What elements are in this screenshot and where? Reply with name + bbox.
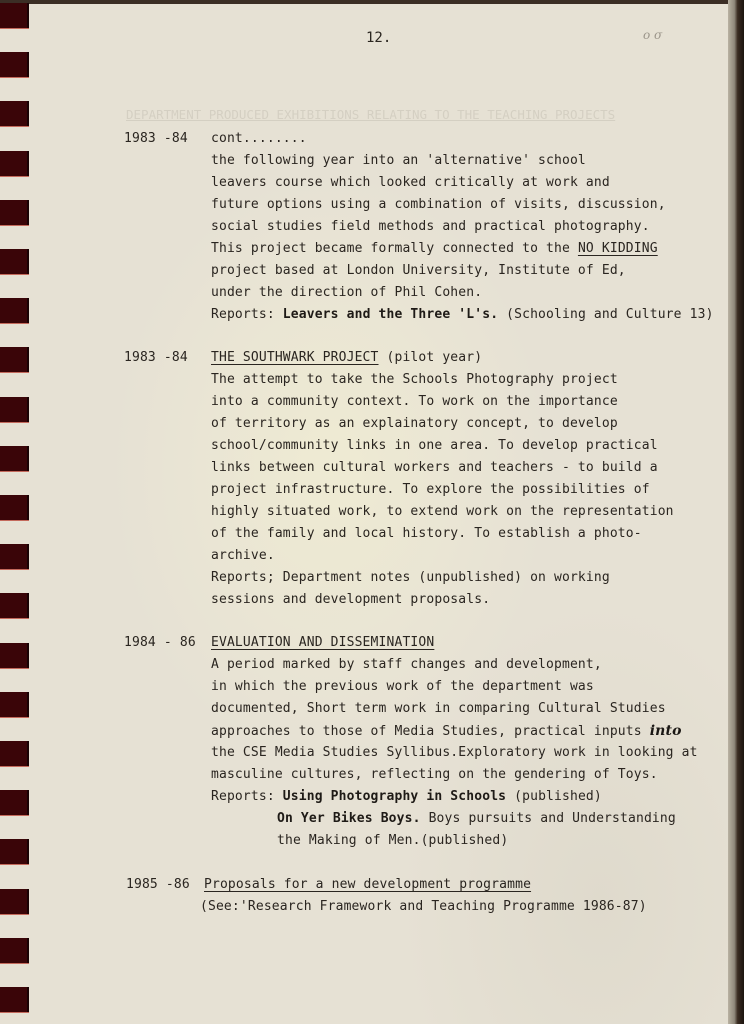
reports-label: Reports: [211,307,283,322]
entry-line: future options using a combination of vi… [211,194,666,216]
entry-heading: EVALUATION AND DISSEMINATION [211,632,434,654]
entry-line: of territory as an explainatory concept,… [211,413,618,435]
entry-date: 1985 -86 [126,874,190,896]
no-kidding-underlined: NO KIDDING [578,241,658,256]
binding-tooth [0,495,29,521]
entry-line: highly situated work, to extend work on … [211,501,674,523]
entry-reports: Reports; Department notes (unpublished) … [211,567,610,589]
entry-line: A period marked by staff changes and dev… [211,654,602,676]
entry-line: the Making of Men.(published) [211,830,508,852]
entry-reports: Reports: Leavers and the Three 'L's. (Sc… [211,304,714,326]
binding-tooth [0,692,29,718]
page-number: 12. [366,30,391,46]
heading-underlined: THE SOUTHWARK PROJECT [211,350,379,365]
entry-line: archive. [211,545,275,567]
heading-underlined: Proposals for a new development programm… [204,877,531,892]
binding-tooth [0,643,29,669]
entry-line: leavers course which looked critically a… [211,172,610,194]
binding-tooth [0,839,29,865]
entry-heading: Proposals for a new development programm… [204,874,531,896]
binding-tooth [0,446,29,472]
page-stack-edge [728,0,744,1024]
entry-report-2: On Yer Bikes Boys. Boys pursuits and Und… [211,808,676,830]
entry-line: links between cultural workers and teach… [211,457,658,479]
document-page: DEPARTMENT PRODUCED EXHIBITIONS RELATING… [0,0,735,1024]
entry-date: 1983 -84 [124,128,188,150]
binding-tooth [0,741,29,767]
entry-line: school/community links in one area. To d… [211,435,658,457]
page-top-edge [0,0,744,4]
binding-tooth [0,3,29,29]
entry-line: The attempt to take the Schools Photogra… [211,369,618,391]
report-title: On Yer Bikes Boys. [277,811,421,826]
binding-tooth [0,987,29,1013]
binding-tooth [0,347,29,373]
line-text: approaches to those of Media Studies, pr… [211,724,650,739]
entry-date: 1984 - 86 [124,632,196,654]
binding-tooth [0,298,29,324]
entry-line: into a community context. To work on the… [211,391,618,413]
reports-label: Reports: [211,789,283,804]
binding-tooth [0,544,29,570]
binding-tooth [0,200,29,226]
entry-line: documented, Short term work in comparing… [211,698,666,720]
entry-note: (See:'Research Framework and Teaching Pr… [200,896,647,918]
entry-line: masculine cultures, reflecting on the ge… [211,764,658,786]
binding-tooth [0,397,29,423]
entry-reports: Reports: Using Photography in Schools (p… [211,786,602,808]
entry-line: project based at London University, Inst… [211,260,626,282]
binding-tooth [0,52,29,78]
binding-tooth [0,101,29,127]
report-title: Using Photography in Schools [283,789,506,804]
entry-date: 1983 -84 [124,347,188,369]
pencil-annotation: o σ [643,28,662,42]
binding-tooth [0,938,29,964]
binding-tooth [0,151,29,177]
entry-line: in which the previous work of the depart… [211,676,594,698]
entry-line: of the family and local history. To esta… [211,523,642,545]
entry-line: social studies field methods and practic… [211,216,650,238]
show-through-heading: DEPARTMENT PRODUCED EXHIBITIONS RELATING… [126,107,615,122]
line-text: This project became formally connected t… [211,241,578,256]
entry-line: the following year into an 'alternative'… [211,150,586,172]
report-note: Boys pursuits and Understanding [421,811,676,826]
report-note: (Schooling and Culture 13) [498,307,713,322]
binding-tooth [0,790,29,816]
binding-tooth [0,249,29,275]
entry-heading: THE SOUTHWARK PROJECT (pilot year) [211,347,482,369]
entry-line: sessions and development proposals. [211,589,490,611]
entry-line: the CSE Media Studies Syllibus.Explorato… [211,742,698,764]
binding-tooth [0,889,29,915]
heading-note: (pilot year) [379,350,483,365]
entry-heading: cont........ [211,128,307,150]
report-note: (published) [506,789,602,804]
handwritten-correction: into [650,723,682,739]
comb-binding [0,0,30,1024]
entry-line: project infrastructure. To explore the p… [211,479,650,501]
binding-tooth [0,593,29,619]
entry-line: approaches to those of Media Studies, pr… [211,720,682,743]
heading-underlined: EVALUATION AND DISSEMINATION [211,635,434,650]
entry-line: under the direction of Phil Cohen. [211,282,482,304]
report-title: Leavers and the Three 'L's. [283,307,498,322]
entry-line: This project became formally connected t… [211,238,658,260]
